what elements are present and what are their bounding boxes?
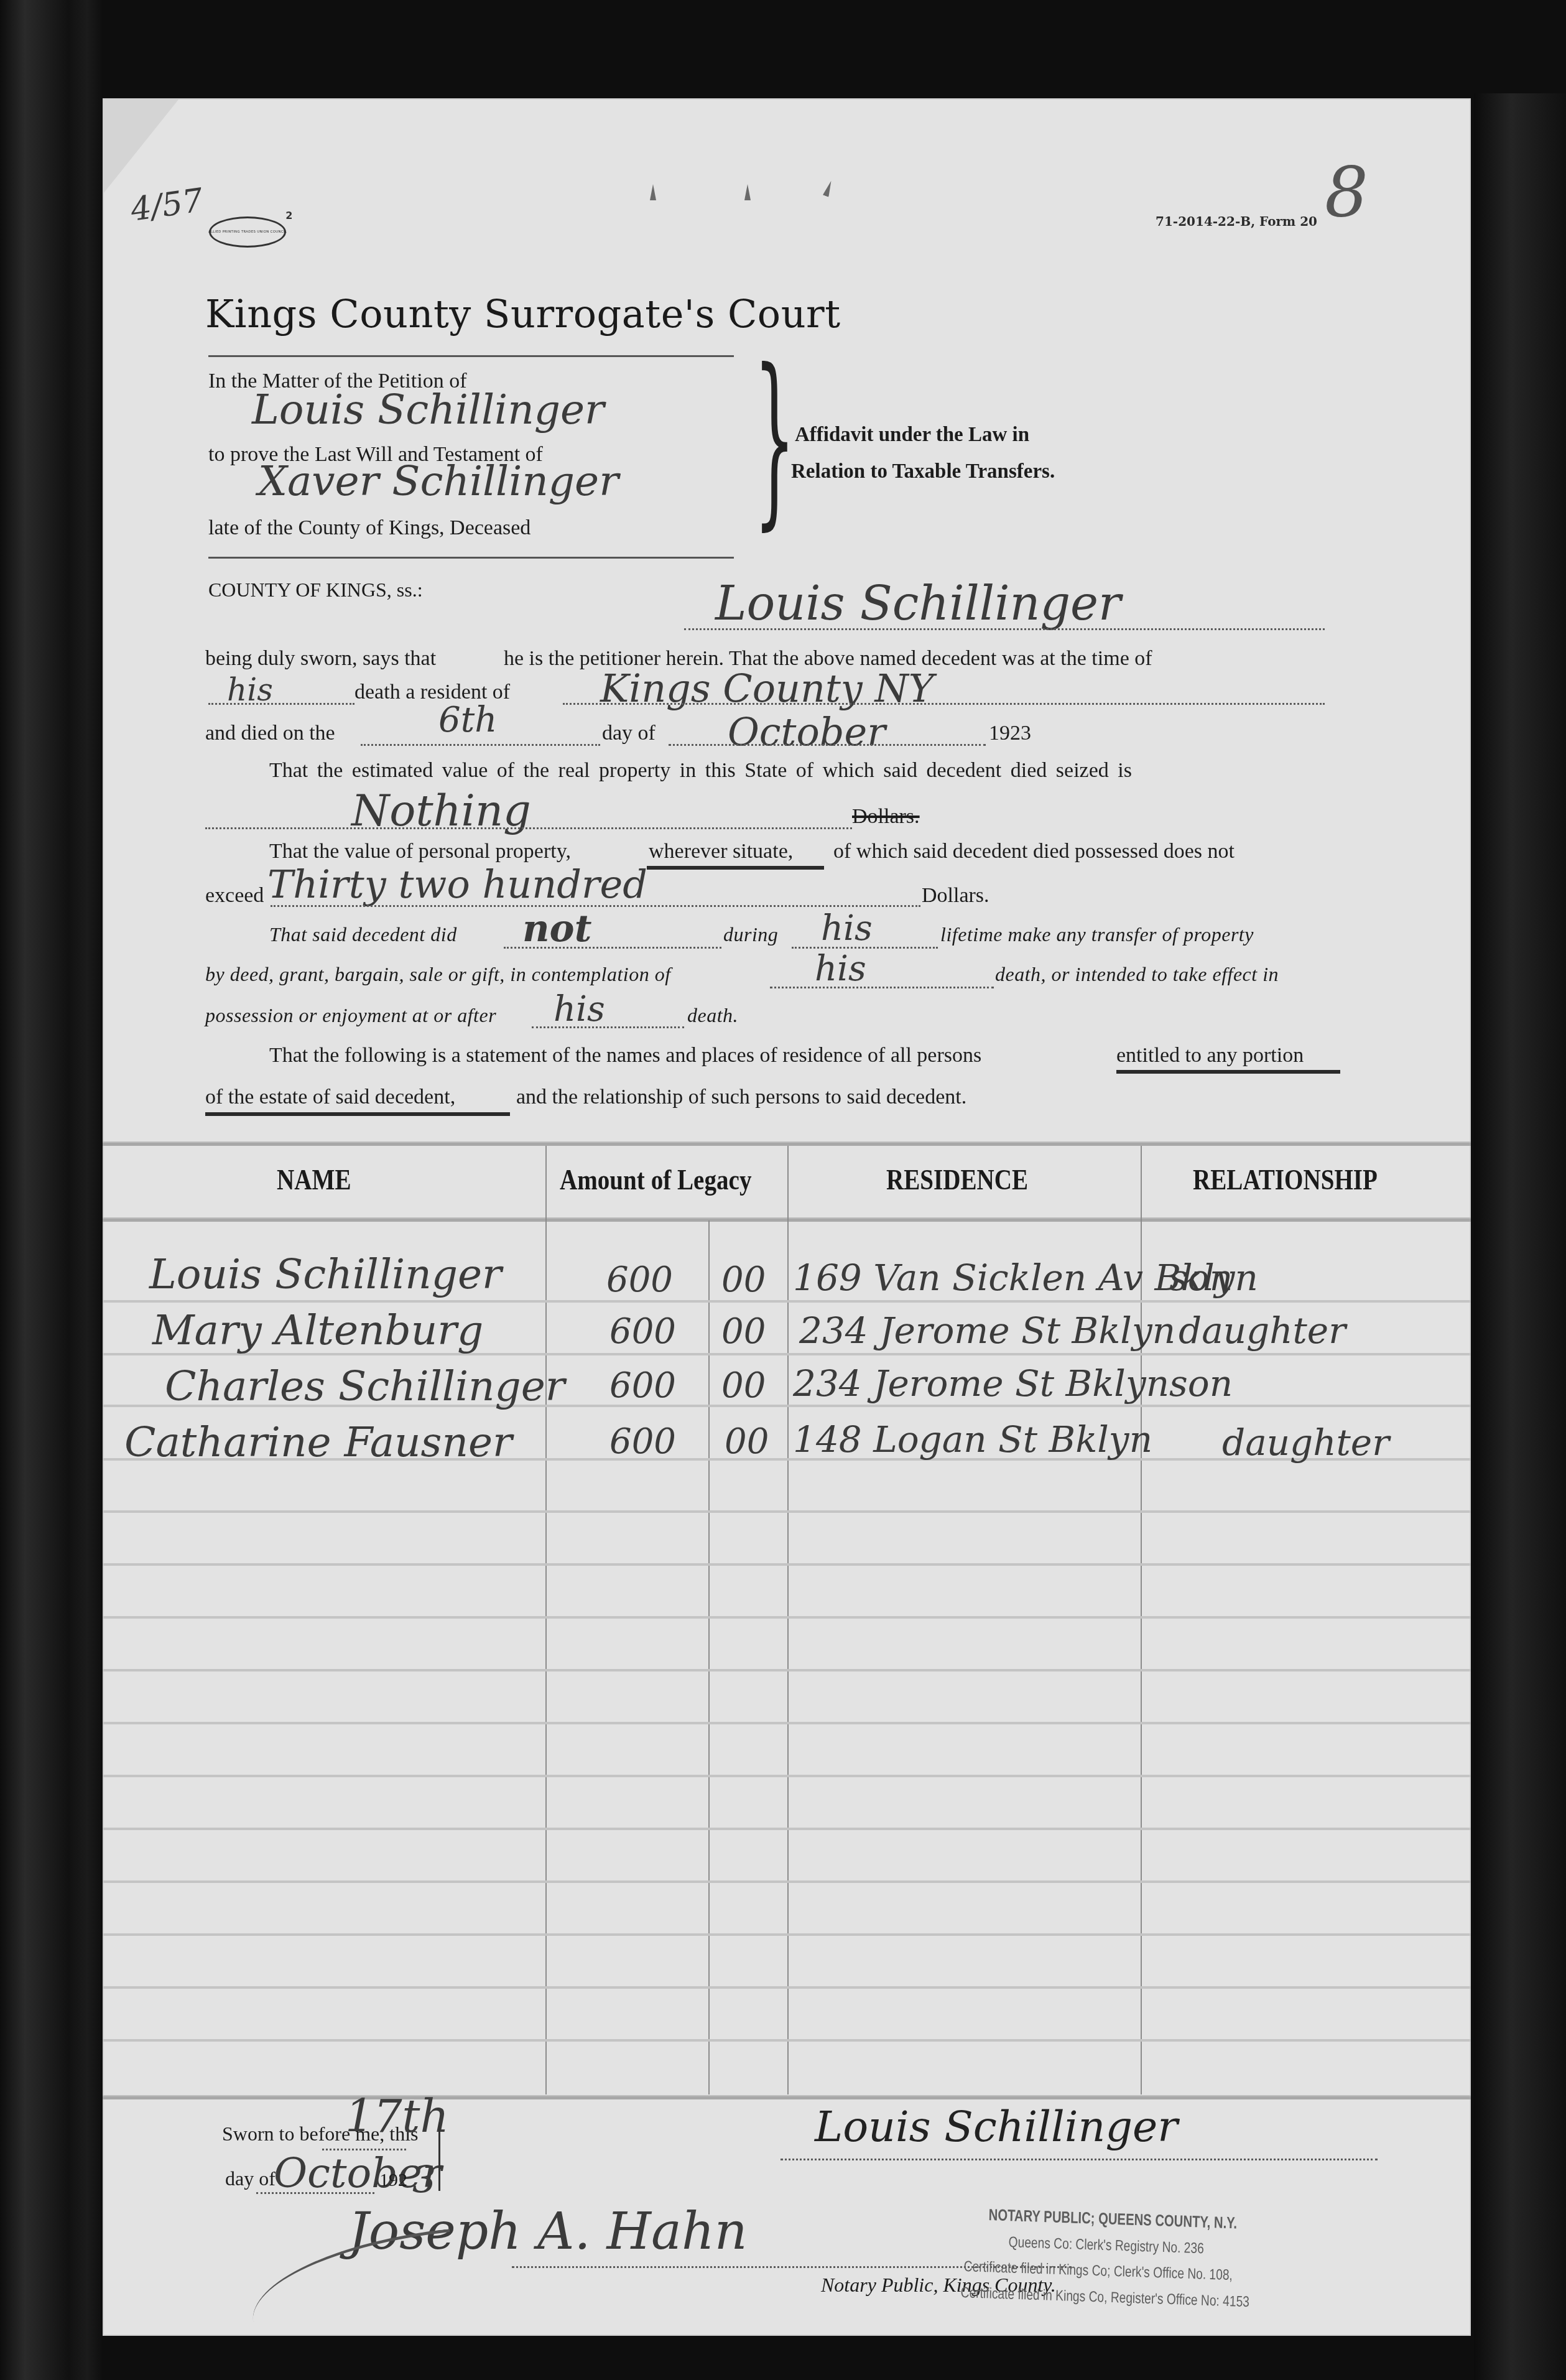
personal-property-text-a: That the value of personal property, bbox=[269, 840, 571, 863]
column-divider bbox=[545, 1146, 547, 2094]
transfer-text-5: death, or intended to take effect in bbox=[995, 963, 1279, 986]
death-month-field: October bbox=[728, 709, 886, 755]
transfer-text-1: That said decedent did bbox=[269, 923, 457, 946]
header-residence: RESIDENCE bbox=[886, 1163, 1028, 1196]
row-rule bbox=[103, 1722, 1471, 1724]
statement-text-2: and the relationship of such persons to … bbox=[516, 1085, 966, 1109]
legatee-relationship: son bbox=[1169, 1362, 1233, 1405]
residence-line bbox=[563, 703, 1325, 705]
transfer-pronoun-2-line bbox=[770, 987, 994, 988]
personal-property-underlined: wherever situate, bbox=[649, 840, 793, 863]
header-name: NAME bbox=[277, 1163, 351, 1196]
death-day-field: 6th bbox=[438, 700, 497, 740]
sworn-text-1: being duly sworn, says that bbox=[205, 647, 436, 671]
affiant-signature: Louis Schillinger bbox=[815, 2103, 1178, 2152]
transfer-pronoun-1: his bbox=[821, 908, 873, 949]
row-rule bbox=[103, 1563, 1471, 1566]
archive-folder-edge bbox=[1474, 93, 1566, 2380]
legatee-name: Catharine Fausner bbox=[124, 1418, 512, 1466]
caption-line-3: late of the County of Kings, Deceased bbox=[208, 516, 530, 540]
row-rule bbox=[103, 1669, 1471, 1671]
legatee-name: Louis Schillinger bbox=[149, 1250, 502, 1298]
row-rule bbox=[103, 1828, 1471, 1830]
petitioner-name: Louis Schillinger bbox=[252, 386, 605, 434]
death-year: 1923 bbox=[989, 722, 1031, 745]
column-divider bbox=[787, 1146, 789, 2094]
affiant-signature-line bbox=[781, 2159, 1378, 2160]
caption-brace: } bbox=[754, 345, 795, 532]
row-rule bbox=[103, 1775, 1471, 1777]
row-rule bbox=[103, 1933, 1471, 1936]
legacy-cents: 00 bbox=[725, 1421, 769, 1462]
personal-property-value: Thirty two hundred bbox=[267, 862, 647, 907]
row-rule bbox=[103, 1986, 1471, 1989]
court-title: Kings County Surrogate's Court bbox=[205, 291, 841, 337]
jurat-year-suffix: 3 bbox=[412, 2159, 436, 2202]
caption-top-rule bbox=[208, 355, 734, 357]
personal-property-unit: Dollars. bbox=[922, 884, 989, 908]
jurat-bracket bbox=[438, 2122, 440, 2191]
legatee-relationship: daughter bbox=[1222, 1421, 1389, 1464]
header-relationship: RELATIONSHIP bbox=[1193, 1163, 1378, 1196]
decedent-name: Xaver Schillinger bbox=[258, 457, 619, 505]
transfer-did-line bbox=[504, 947, 721, 949]
caption-bottom-rule bbox=[208, 557, 734, 559]
statement-text-1: That the following is a statement of the… bbox=[269, 1044, 981, 1067]
table-bottom-rule bbox=[103, 2095, 1471, 2099]
underline-mark bbox=[647, 866, 824, 870]
row-rule bbox=[103, 1616, 1471, 1619]
pronoun-line bbox=[208, 703, 354, 705]
affidavit-title-line-2: Relation to Taxable Transfers. bbox=[791, 460, 1055, 483]
jurat-text-2: day of bbox=[225, 2167, 276, 2190]
real-property-unit-struck: Dollars. bbox=[852, 805, 920, 829]
page-number-handwritten: 8 bbox=[1325, 152, 1368, 232]
legacy-dollars: 600 bbox=[609, 1365, 676, 1406]
statement-underlined-2: of the estate of said decedent, bbox=[205, 1085, 455, 1109]
transfer-pronoun-3: his bbox=[554, 989, 605, 1030]
underline-mark bbox=[1116, 1070, 1340, 1074]
transfer-pronoun-2: his bbox=[815, 949, 866, 989]
jurat-month-line bbox=[256, 2192, 374, 2194]
union-label-text: ALLIED PRINTING TRADES UNION COUNCIL bbox=[208, 230, 287, 234]
legatee-residence: 148 Logan St Bklyn bbox=[793, 1418, 1152, 1461]
affiant-line bbox=[684, 628, 1325, 630]
statement-underlined-1: entitled to any portion bbox=[1116, 1044, 1304, 1067]
affiant-name: Louis Schillinger bbox=[715, 575, 1121, 631]
legatee-relationship: daughter bbox=[1179, 1309, 1346, 1352]
legatee-residence: 234 Jerome St Bklyn bbox=[793, 1362, 1169, 1405]
real-property-line bbox=[205, 827, 852, 829]
cents-divider bbox=[708, 1220, 710, 2094]
legacy-cents: 00 bbox=[721, 1260, 766, 1300]
union-label-icon: ALLIED PRINTING TRADES UNION COUNCIL 2 bbox=[209, 216, 286, 248]
header-amount: Amount of Legacy bbox=[560, 1163, 751, 1196]
legacy-dollars: 600 bbox=[606, 1260, 673, 1300]
transfer-text-7: death. bbox=[687, 1004, 738, 1027]
transfer-text-2: during bbox=[723, 923, 778, 946]
union-label-number: 2 bbox=[285, 210, 293, 221]
legacy-dollars: 600 bbox=[609, 1421, 676, 1462]
row-rule bbox=[103, 1510, 1471, 1513]
sworn-text-5: day of bbox=[602, 722, 656, 745]
jurat-day: 17th bbox=[345, 2090, 449, 2142]
legatee-name: Mary Altenburg bbox=[152, 1306, 483, 1354]
transfer-text-4: by deed, grant, bargain, sale or gift, i… bbox=[205, 963, 671, 986]
transfer-text-3: lifetime make any transfer of property bbox=[940, 923, 1254, 946]
real-property-text: That the estimated value of the real pro… bbox=[269, 759, 1132, 783]
folded-corner bbox=[104, 100, 178, 193]
table-header-rule bbox=[103, 1217, 1471, 1222]
legacy-cents: 00 bbox=[721, 1311, 766, 1352]
sworn-text-4: and died on the bbox=[205, 722, 335, 745]
legatee-name: Charles Schillinger bbox=[165, 1362, 565, 1410]
form-number: 71-2014-22-B, Form 20 bbox=[1156, 214, 1317, 229]
personal-property-line bbox=[271, 905, 920, 907]
venue: COUNTY OF KINGS, ss.: bbox=[208, 579, 423, 602]
row-rule bbox=[103, 2039, 1471, 2042]
personal-property-text-c: exceed bbox=[205, 884, 264, 908]
legacy-dollars: 600 bbox=[609, 1311, 676, 1352]
death-day-line bbox=[361, 744, 600, 746]
table-top-rule bbox=[103, 1141, 1471, 1146]
transfer-pronoun-3-line bbox=[532, 1026, 684, 1028]
underline-mark bbox=[205, 1112, 510, 1116]
death-month-line bbox=[669, 744, 986, 746]
transfer-did-value: not bbox=[522, 907, 591, 951]
row-rule bbox=[103, 1880, 1471, 1883]
legacy-cents: 00 bbox=[721, 1365, 766, 1406]
legatee-relationship: son bbox=[1169, 1257, 1233, 1299]
personal-property-text-b: of which said decedent died possessed do… bbox=[833, 840, 1235, 863]
row-rule bbox=[103, 1300, 1471, 1303]
transfer-text-6: possession or enjoyment at or after bbox=[205, 1004, 496, 1027]
legatee-residence: 234 Jerome St Bklyn bbox=[799, 1309, 1175, 1352]
affidavit-title-line-1: Affidavit under the Law in bbox=[795, 424, 1029, 447]
jurat-year-prefix: 192 bbox=[379, 2170, 407, 2191]
